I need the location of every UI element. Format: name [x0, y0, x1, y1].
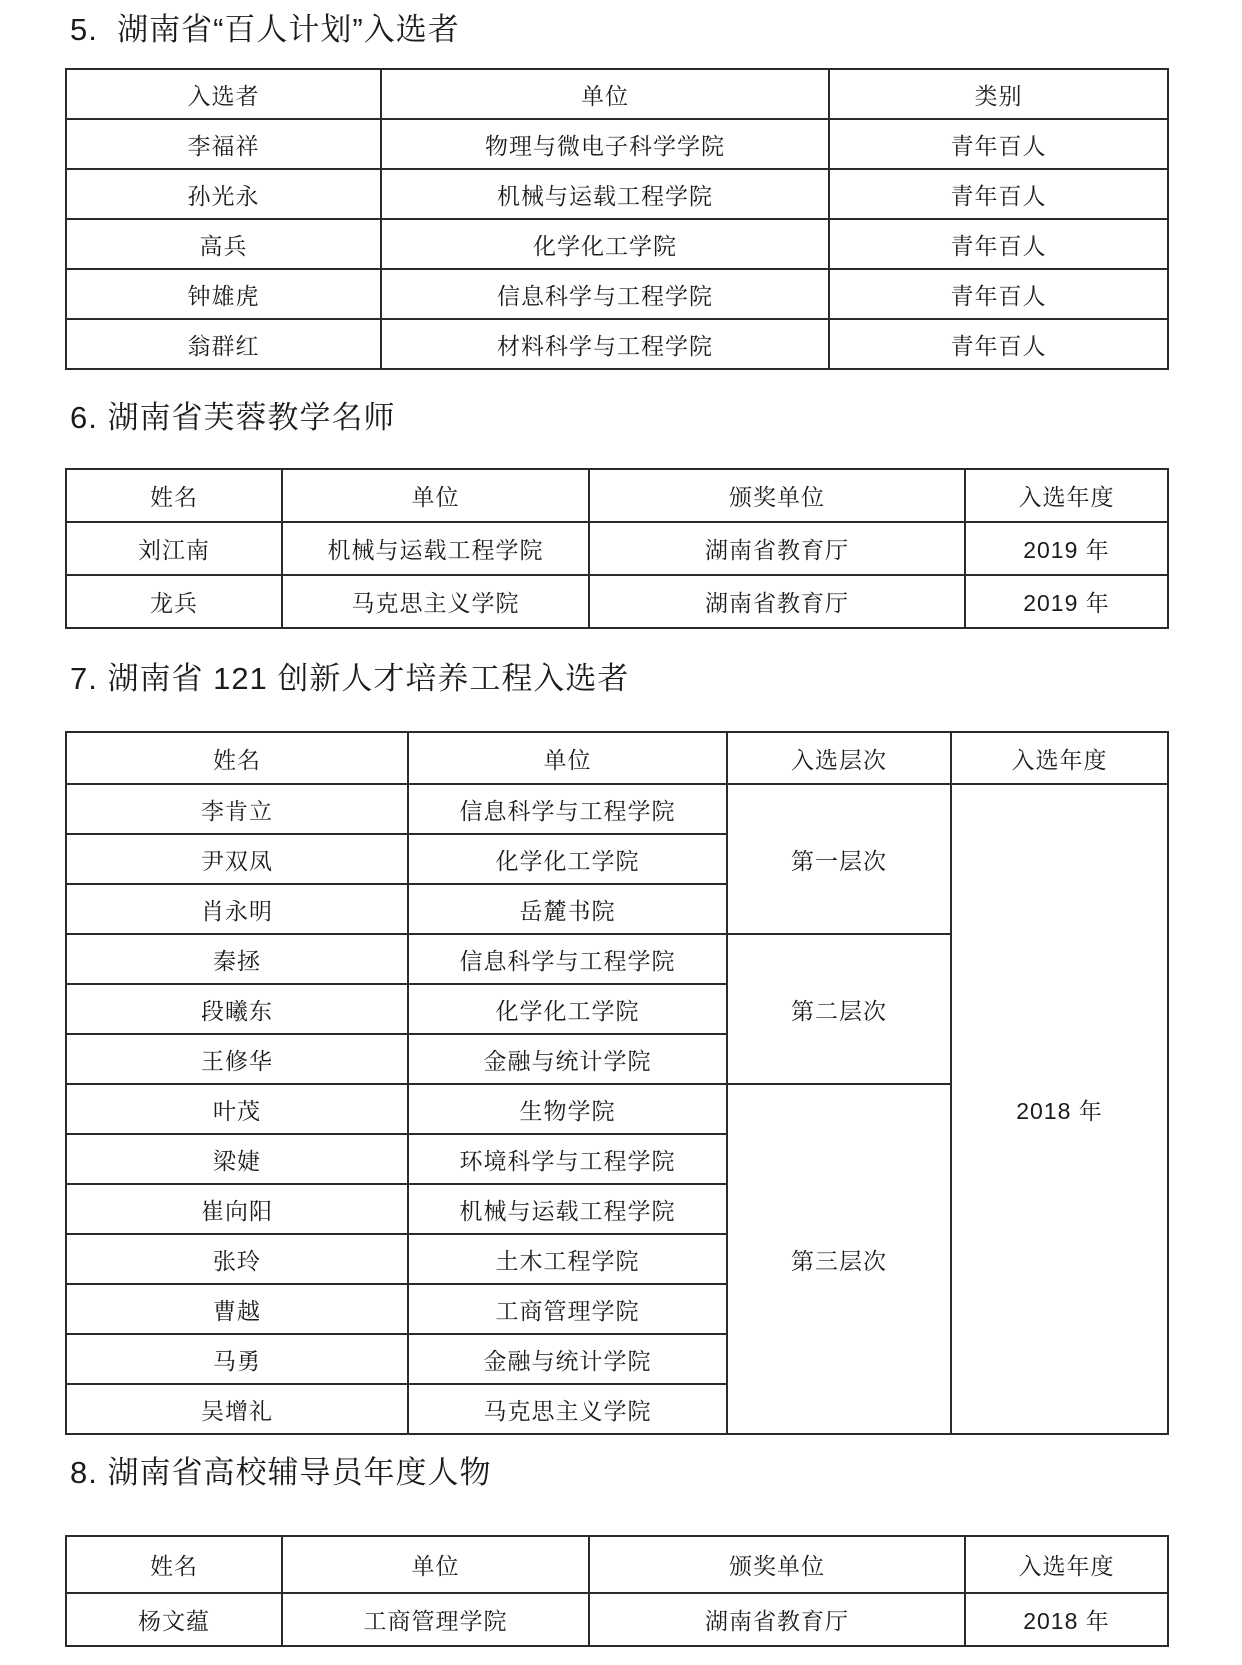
- cell: 青年百人: [829, 219, 1168, 269]
- cell: 2019 年: [965, 522, 1168, 575]
- cell: 孙光永: [66, 169, 381, 219]
- column-header: 姓名: [66, 1536, 282, 1593]
- column-header: 颁奖单位: [589, 469, 965, 522]
- cell: 金融与统计学院: [408, 1034, 727, 1084]
- cell: 物理与微电子科学学院: [381, 119, 829, 169]
- header-row: 姓名单位颁奖单位入选年度: [66, 469, 1168, 522]
- column-header: 单位: [381, 69, 829, 119]
- column-header: 入选层次: [727, 732, 951, 784]
- cell: 化学化工学院: [408, 834, 727, 884]
- cell: 化学化工学院: [408, 984, 727, 1034]
- cell: 段曦东: [66, 984, 408, 1034]
- table-row: 刘江南机械与运载工程学院湖南省教育厅2019 年: [66, 522, 1168, 575]
- column-header: 姓名: [66, 732, 408, 784]
- section-7-title: 7. 湖南省 121 创新人才培养工程入选者: [70, 659, 1242, 699]
- cell: 马克思主义学院: [408, 1384, 727, 1434]
- cell: 机械与运载工程学院: [408, 1184, 727, 1234]
- cell: 张玲: [66, 1234, 408, 1284]
- column-header: 入选年度: [951, 732, 1168, 784]
- cell: 尹双凤: [66, 834, 408, 884]
- cell: 吴增礼: [66, 1384, 408, 1434]
- cell: 高兵: [66, 219, 381, 269]
- column-header: 颁奖单位: [589, 1536, 965, 1593]
- column-header: 入选者: [66, 69, 381, 119]
- cell: 2019 年: [965, 575, 1168, 628]
- cell: 王修华: [66, 1034, 408, 1084]
- column-header: 入选年度: [965, 1536, 1168, 1593]
- cell: 肖永明: [66, 884, 408, 934]
- table-row: 钟雄虎信息科学与工程学院青年百人: [66, 269, 1168, 319]
- cell: 刘江南: [66, 522, 282, 575]
- table-row: 孙光永机械与运载工程学院青年百人: [66, 169, 1168, 219]
- cell: 材料科学与工程学院: [381, 319, 829, 369]
- column-header: 单位: [282, 469, 589, 522]
- cell: 叶茂: [66, 1084, 408, 1134]
- cell: 曹越: [66, 1284, 408, 1334]
- column-header: 姓名: [66, 469, 282, 522]
- column-header: 单位: [282, 1536, 589, 1593]
- tier-cell: 第三层次: [727, 1084, 951, 1434]
- table-row: 李肯立信息科学与工程学院第一层次2018 年: [66, 784, 1168, 834]
- cell: 湖南省教育厅: [589, 575, 965, 628]
- cell: 岳麓书院: [408, 884, 727, 934]
- cell: 金融与统计学院: [408, 1334, 727, 1384]
- section-5-title: 5. 湖南省“百人计划”入选者: [70, 10, 1242, 50]
- cell: 青年百人: [829, 169, 1168, 219]
- cell: 李肯立: [66, 784, 408, 834]
- table-row: 龙兵马克思主义学院湖南省教育厅2019 年: [66, 575, 1168, 628]
- year-cell: 2018 年: [951, 784, 1168, 1434]
- table-row: 高兵化学化工学院青年百人: [66, 219, 1168, 269]
- section-6-title: 6. 湖南省芙蓉教学名师: [70, 398, 1242, 438]
- cell: 梁婕: [66, 1134, 408, 1184]
- column-header: 入选年度: [965, 469, 1168, 522]
- cell: 杨文蕴: [66, 1593, 282, 1646]
- cell: 龙兵: [66, 575, 282, 628]
- table-row: 杨文蕴工商管理学院湖南省教育厅2018 年: [66, 1593, 1168, 1646]
- cell: 机械与运载工程学院: [282, 522, 589, 575]
- section-8-title: 8. 湖南省高校辅导员年度人物: [70, 1453, 1242, 1493]
- header-row: 姓名单位入选层次入选年度: [66, 732, 1168, 784]
- cell: 工商管理学院: [282, 1593, 589, 1646]
- cell: 机械与运载工程学院: [381, 169, 829, 219]
- table-row: 翁群红材料科学与工程学院青年百人: [66, 319, 1168, 369]
- cell: 崔向阳: [66, 1184, 408, 1234]
- section-7-table: 姓名单位入选层次入选年度李肯立信息科学与工程学院第一层次2018 年尹双凤化学化…: [65, 731, 1169, 1435]
- column-header: 类别: [829, 69, 1168, 119]
- cell: 环境科学与工程学院: [408, 1134, 727, 1184]
- tier-cell: 第一层次: [727, 784, 951, 934]
- cell: 工商管理学院: [408, 1284, 727, 1334]
- section-6-table: 姓名单位颁奖单位入选年度刘江南机械与运载工程学院湖南省教育厅2019 年龙兵马克…: [65, 468, 1169, 629]
- cell: 信息科学与工程学院: [381, 269, 829, 319]
- tier-cell: 第二层次: [727, 934, 951, 1084]
- section-5-table: 入选者单位类别李福祥物理与微电子科学学院青年百人孙光永机械与运载工程学院青年百人…: [65, 68, 1169, 370]
- cell: 钟雄虎: [66, 269, 381, 319]
- cell: 马勇: [66, 1334, 408, 1384]
- cell: 湖南省教育厅: [589, 522, 965, 575]
- cell: 2018 年: [965, 1593, 1168, 1646]
- table-row: 李福祥物理与微电子科学学院青年百人: [66, 119, 1168, 169]
- header-row: 姓名单位颁奖单位入选年度: [66, 1536, 1168, 1593]
- cell: 信息科学与工程学院: [408, 934, 727, 984]
- cell: 青年百人: [829, 269, 1168, 319]
- section-8-table: 姓名单位颁奖单位入选年度杨文蕴工商管理学院湖南省教育厅2018 年: [65, 1535, 1169, 1647]
- document-page: 5. 湖南省“百人计划”入选者 入选者单位类别李福祥物理与微电子科学学院青年百人…: [0, 10, 1242, 1647]
- column-header: 单位: [408, 732, 727, 784]
- cell: 青年百人: [829, 319, 1168, 369]
- cell: 马克思主义学院: [282, 575, 589, 628]
- cell: 青年百人: [829, 119, 1168, 169]
- cell: 生物学院: [408, 1084, 727, 1134]
- header-row: 入选者单位类别: [66, 69, 1168, 119]
- cell: 秦拯: [66, 934, 408, 984]
- cell: 信息科学与工程学院: [408, 784, 727, 834]
- cell: 湖南省教育厅: [589, 1593, 965, 1646]
- cell: 土木工程学院: [408, 1234, 727, 1284]
- cell: 翁群红: [66, 319, 381, 369]
- cell: 李福祥: [66, 119, 381, 169]
- cell: 化学化工学院: [381, 219, 829, 269]
